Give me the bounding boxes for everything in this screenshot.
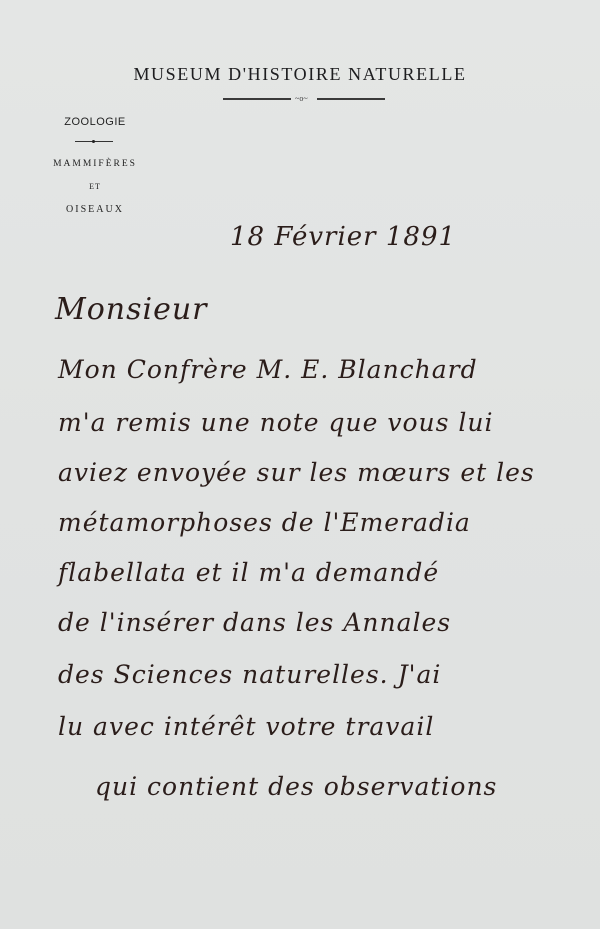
letter-line: aviez envoyée sur les mœurs et les [58, 458, 535, 487]
letter-line: des Sciences naturelles. J'ai [58, 660, 441, 689]
section-line-3: OISEAUX [30, 204, 160, 215]
letterhead-ornament: ~o~ [223, 95, 385, 103]
ornament-flourish-icon: ~o~ [295, 95, 308, 103]
letter-paper: MUSEUM D'HISTOIRE NATURELLE ~o~ ZOOLOGIE… [0, 0, 600, 929]
letter-line: m'a remis une note que vous lui [58, 408, 494, 437]
letter-line: Mon Confrère M. E. Blanchard [58, 355, 478, 384]
section-line-2: ET [30, 182, 160, 191]
letter-line: métamorphoses de l'Emeradia [58, 508, 471, 537]
section-line-1: MAMMIFÈRES [30, 159, 160, 169]
ornament-rule-right [317, 98, 385, 100]
department-label: ZOOLOGIE [30, 116, 160, 128]
letter-line: de l'insérer dans les Annales [58, 608, 451, 637]
letter-line: qui contient des observations [95, 772, 497, 801]
letter-salutation: Monsieur [55, 292, 208, 327]
letterhead-title: MUSEUM D'HISTOIRE NATURELLE [0, 64, 600, 85]
letter-line: lu avec intérêt votre travail [58, 712, 434, 741]
ornament-rule-left [223, 98, 291, 100]
letter-line: flabellata et il m'a demandé [58, 558, 439, 587]
letter-date: 18 Février 1891 [230, 222, 456, 252]
department-divider [75, 141, 113, 142]
